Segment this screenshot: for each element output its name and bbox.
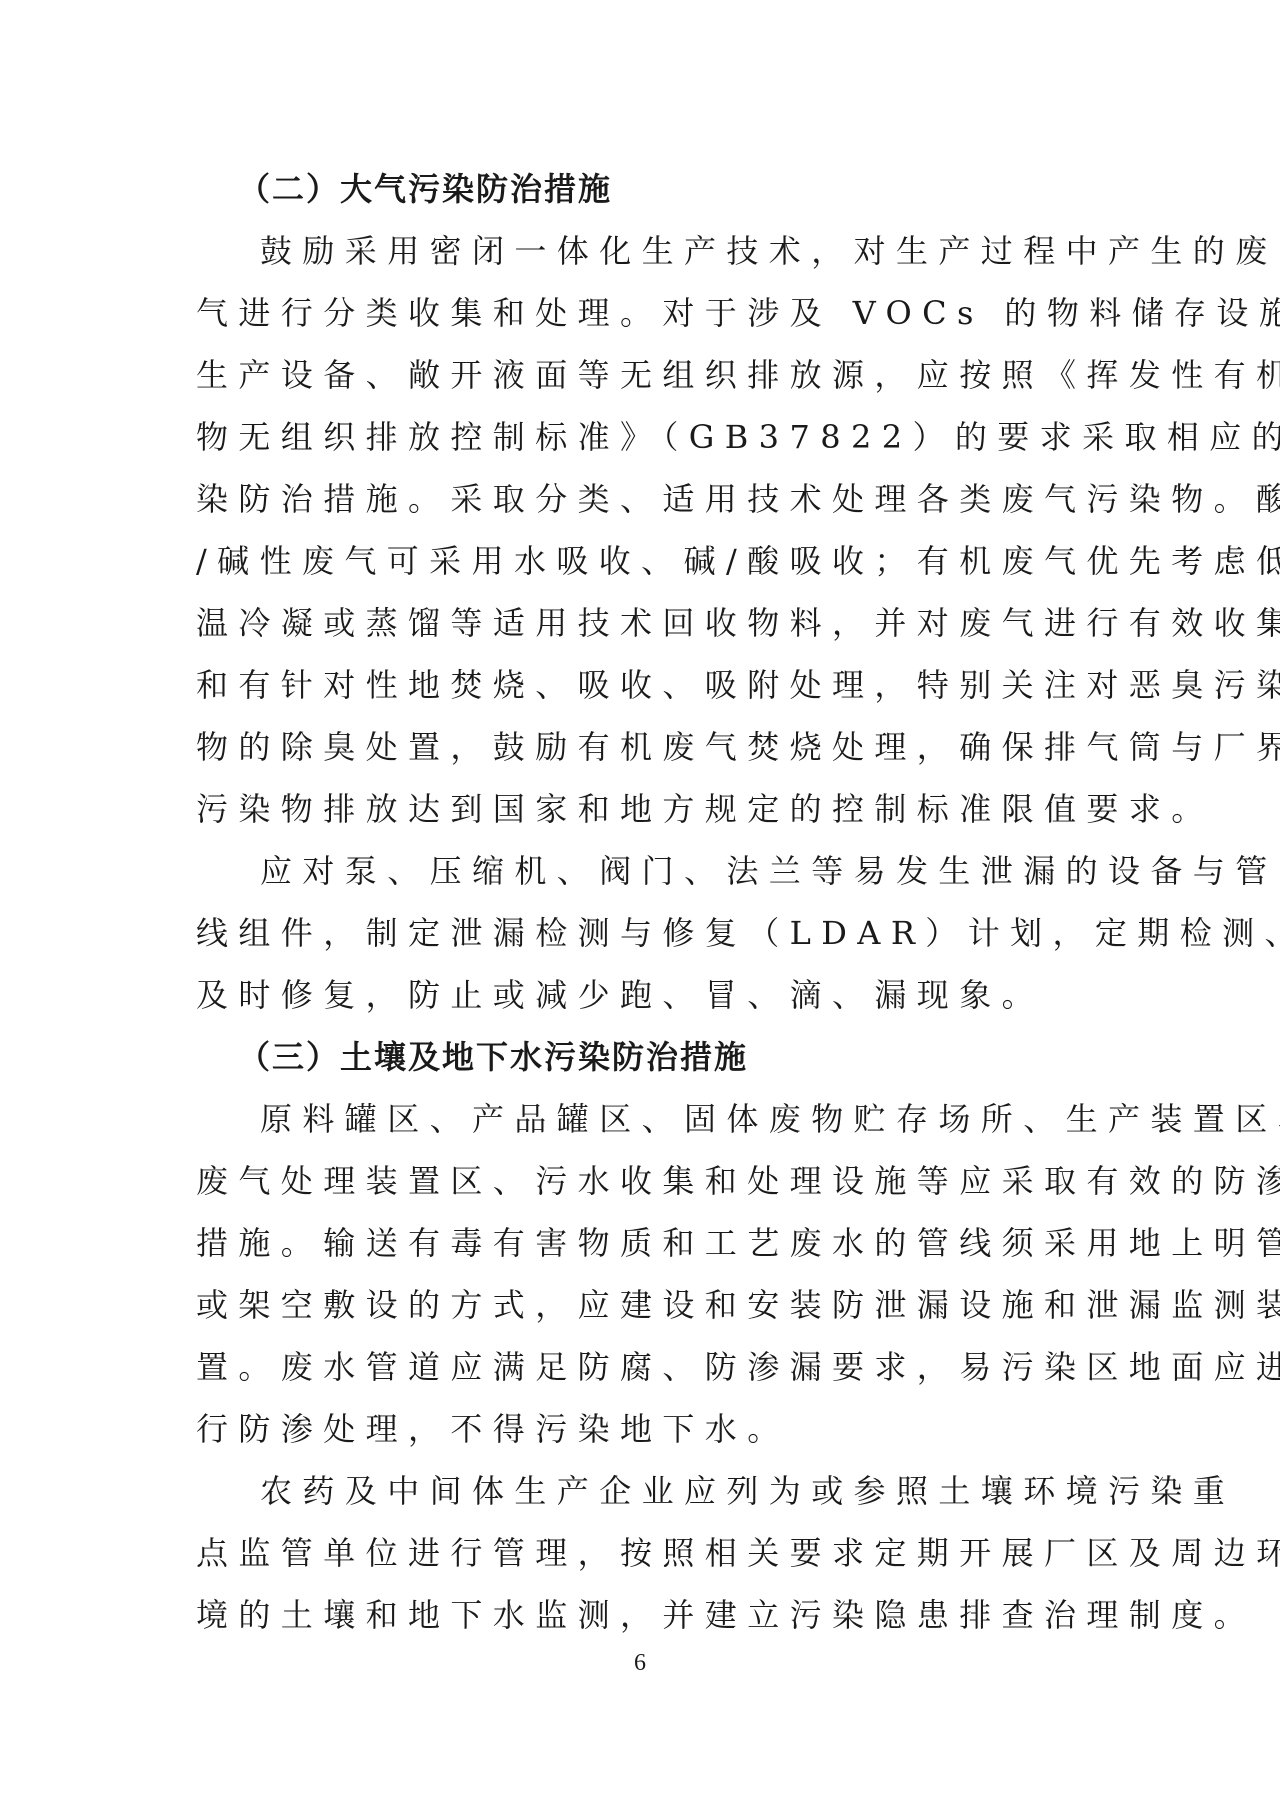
- text-line: 点监管单位进行管理，按照相关要求定期开展厂区及周边环: [196, 1522, 1088, 1584]
- text-line: 线组件，制定泄漏检测与修复（LDAR）计划，定期检测、: [196, 902, 1088, 964]
- text-line: 物的除臭处置，鼓励有机废气焚烧处理，确保排气筒与厂界: [196, 716, 1088, 778]
- text-line: 农药及中间体生产企业应列为或参照土壤环境污染重: [196, 1460, 1088, 1522]
- document-page: （二）大气污染防治措施 鼓励采用密闭一体化生产技术，对生产过程中产生的废 气进行…: [196, 158, 1088, 1646]
- text-line: 气进行分类收集和处理。对于涉及 VOCs 的物料储存设施、: [196, 282, 1088, 344]
- text-line: 废气处理装置区、污水收集和处理设施等应采取有效的防渗: [196, 1150, 1088, 1212]
- text-line: 和有针对性地焚烧、吸收、吸附处理，特别关注对恶臭污染: [196, 654, 1088, 716]
- text-line: 生产设备、敞开液面等无组织排放源，应按照《挥发性有机: [196, 344, 1088, 406]
- section-heading-soil-groundwater: （三）土壤及地下水污染防治措施: [196, 1026, 1088, 1088]
- text-line: 及时修复，防止或减少跑、冒、滴、漏现象。: [196, 964, 1088, 1026]
- text-line: 鼓励采用密闭一体化生产技术，对生产过程中产生的废: [196, 220, 1088, 282]
- paragraph-air-1: 鼓励采用密闭一体化生产技术，对生产过程中产生的废 气进行分类收集和处理。对于涉及…: [196, 220, 1088, 840]
- text-line: 行防渗处理，不得污染地下水。: [196, 1398, 1088, 1460]
- page-number: 6: [0, 1650, 1280, 1677]
- paragraph-soil-1: 原料罐区、产品罐区、固体废物贮存场所、生产装置区、 废气处理装置区、污水收集和处…: [196, 1088, 1088, 1460]
- text-line: 温冷凝或蒸馏等适用技术回收物料，并对废气进行有效收集: [196, 592, 1088, 654]
- text-line: 或架空敷设的方式，应建设和安装防泄漏设施和泄漏监测装: [196, 1274, 1088, 1336]
- text-line: 置。废水管道应满足防腐、防渗漏要求，易污染区地面应进: [196, 1336, 1088, 1398]
- text-line: 应对泵、压缩机、阀门、法兰等易发生泄漏的设备与管: [196, 840, 1088, 902]
- text-line: 原料罐区、产品罐区、固体废物贮存场所、生产装置区、: [196, 1088, 1088, 1150]
- text-line: 物无组织排放控制标准》（GB37822）的要求采取相应的污: [196, 406, 1088, 468]
- text-line: 措施。输送有毒有害物质和工艺废水的管线须采用地上明管: [196, 1212, 1088, 1274]
- section-heading-air-pollution: （二）大气污染防治措施: [196, 158, 1088, 220]
- paragraph-air-2: 应对泵、压缩机、阀门、法兰等易发生泄漏的设备与管 线组件，制定泄漏检测与修复（L…: [196, 840, 1088, 1026]
- text-line: 境的土壤和地下水监测，并建立污染隐患排查治理制度。: [196, 1584, 1088, 1646]
- text-line: 污染物排放达到国家和地方规定的控制标准限值要求。: [196, 778, 1088, 840]
- text-line: /碱性废气可采用水吸收、碱/酸吸收；有机废气优先考虑低: [196, 530, 1088, 592]
- paragraph-soil-2: 农药及中间体生产企业应列为或参照土壤环境污染重 点监管单位进行管理，按照相关要求…: [196, 1460, 1088, 1646]
- text-line: 染防治措施。采取分类、适用技术处理各类废气污染物。酸: [196, 468, 1088, 530]
